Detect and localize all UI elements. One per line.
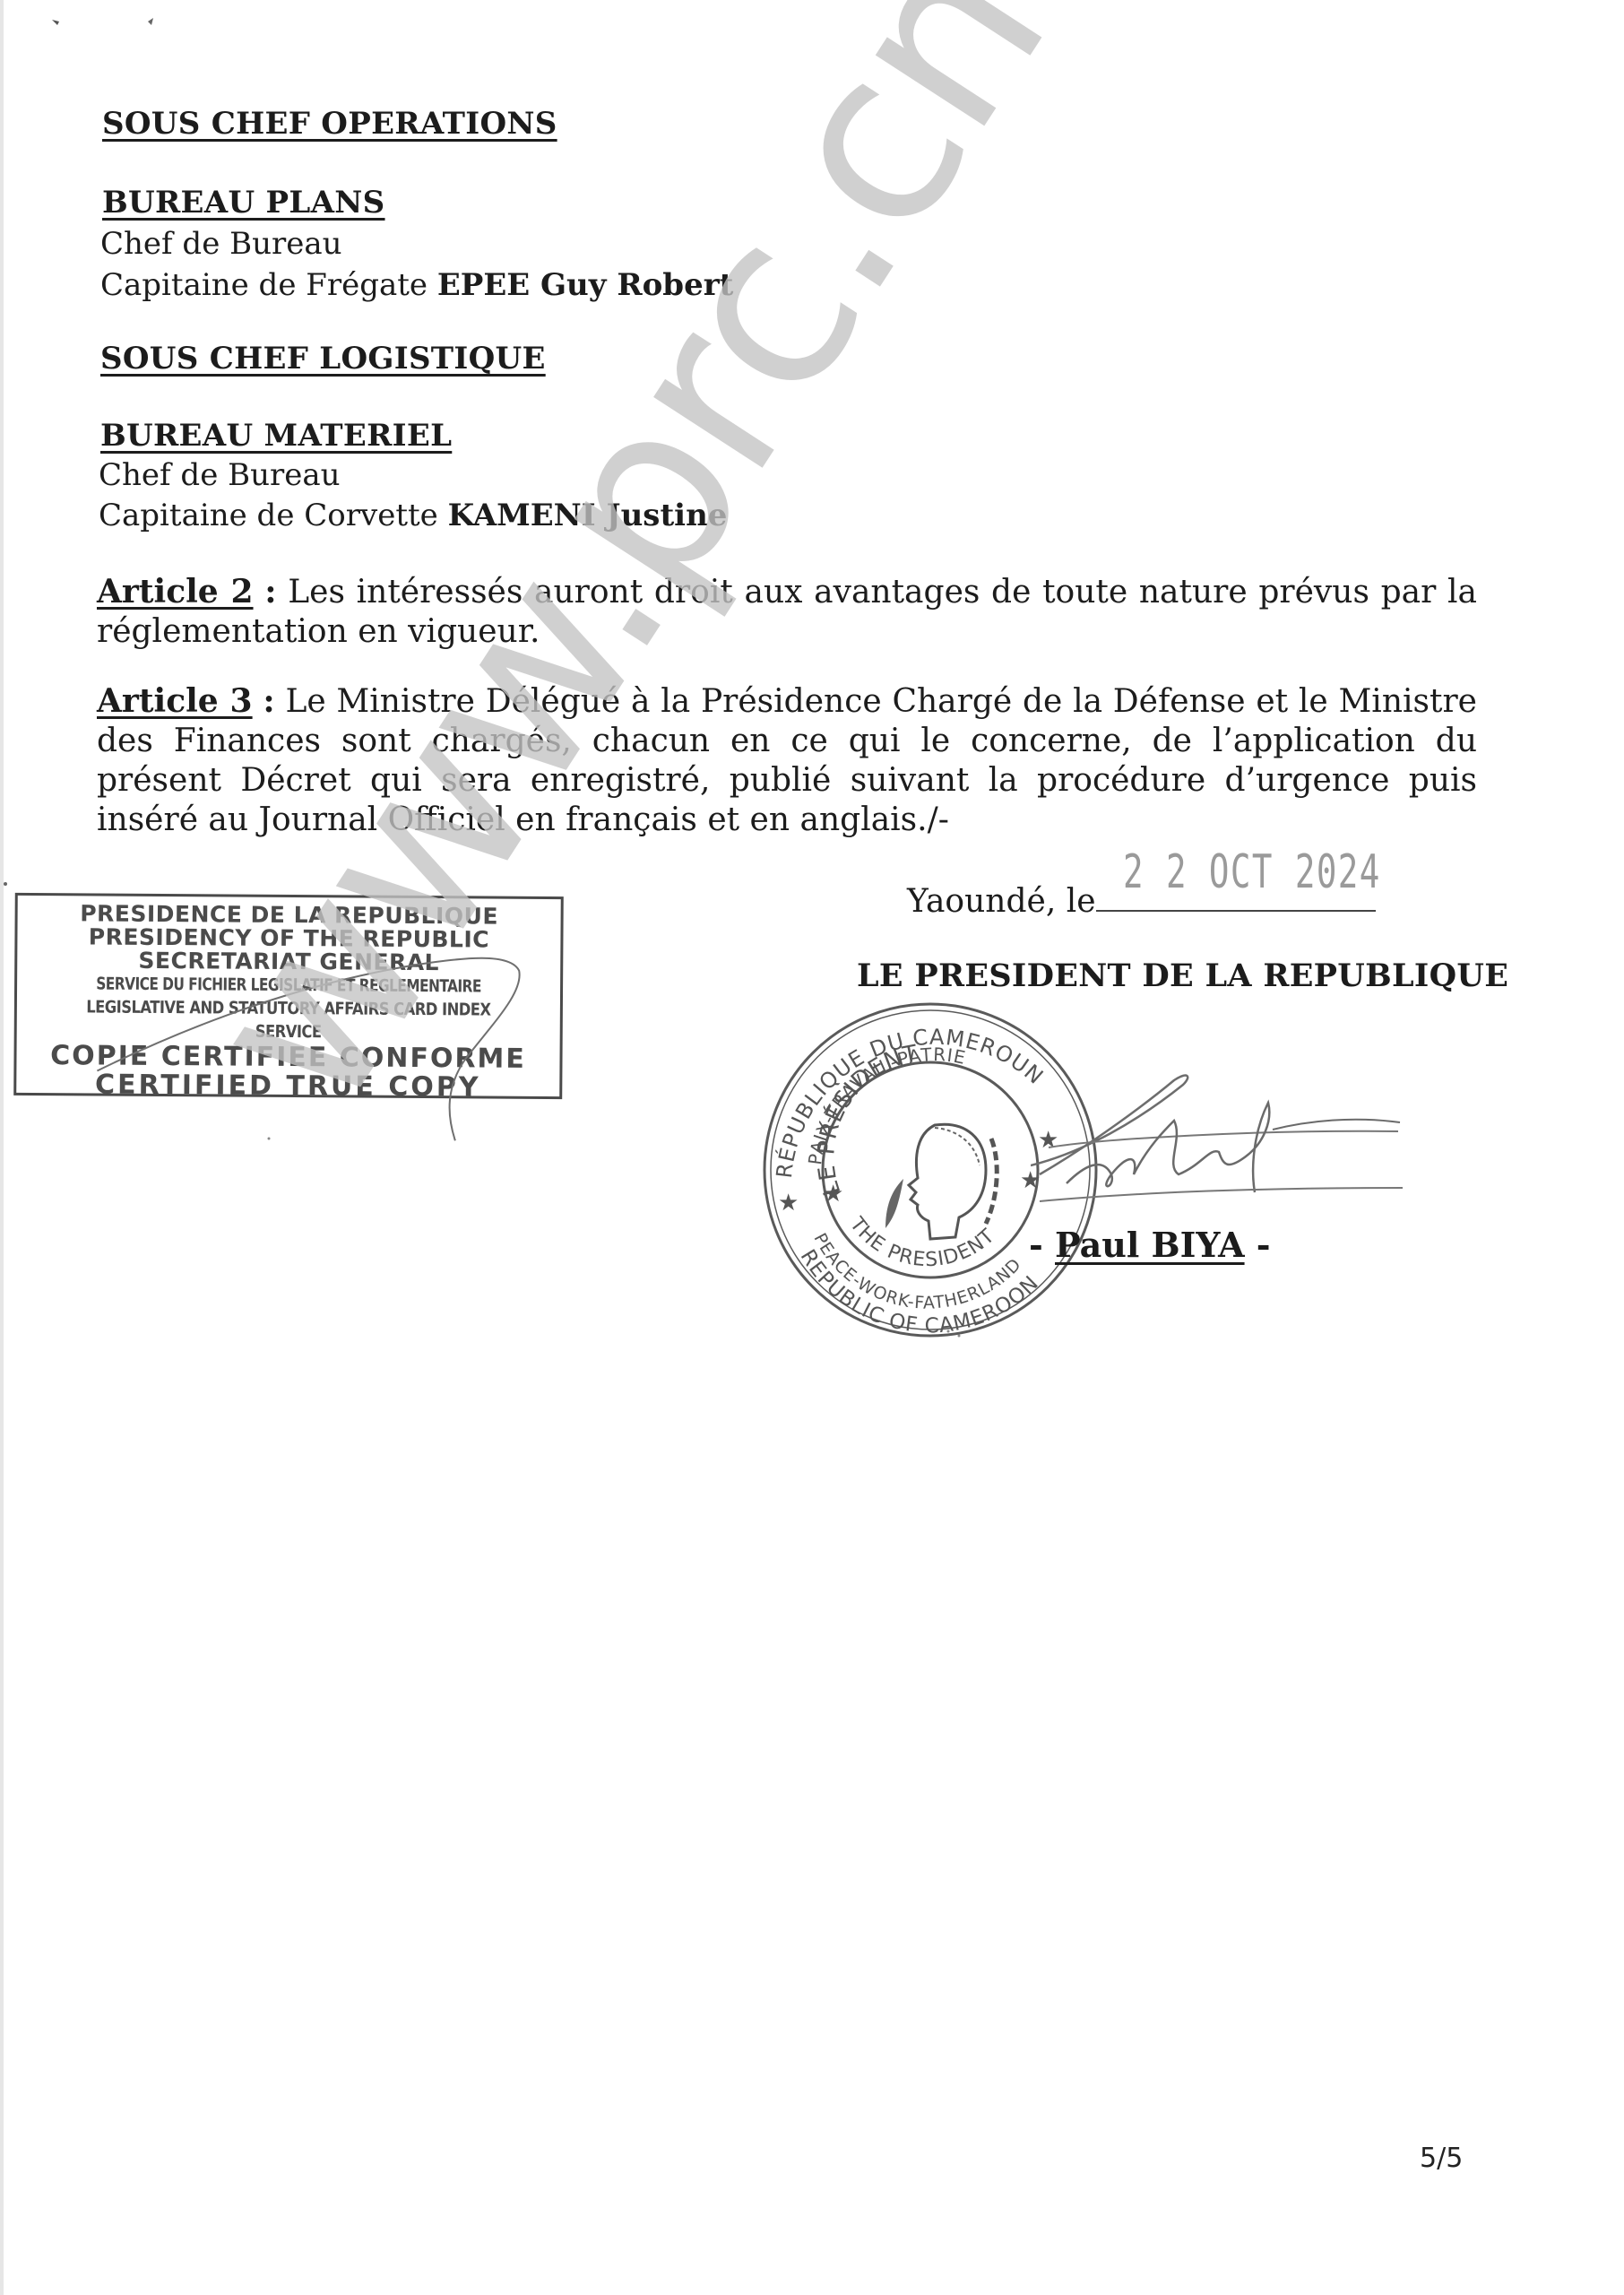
date-field: 2 2 OCT 2024 — [1096, 883, 1376, 912]
appointee-name: EPEE Guy Robert — [437, 267, 733, 303]
article-2: Article 2 : Les intéressés auront droit … — [97, 572, 1477, 652]
section-heading-bureau-plans: BUREAU PLANS — [102, 185, 385, 221]
section-heading-sous-chef-operations: SOUS CHEF OPERATIONS — [102, 106, 557, 142]
svg-text:THE PRESIDENT: THE PRESIDENT — [844, 1213, 999, 1271]
article-label: Article 2 — [97, 573, 254, 611]
bureau-plans-appointee: Capitaine de Frégate EPEE Guy Robert — [100, 265, 733, 305]
bureau-materiel-appointee: Capitaine de Corvette KAMENI Justine — [99, 496, 727, 535]
signer: - Paul BIYA - — [1029, 1225, 1271, 1265]
appointee-name: KAMENI Justine — [448, 498, 728, 533]
certified-copy-stamp: PRESIDENCE DE LA REPUBLIQUE PRESIDENCY O… — [13, 893, 564, 1099]
page-number: 5/5 — [1420, 2143, 1463, 2174]
date-stamp: 2 2 OCT 2024 — [1123, 845, 1381, 899]
article-colon: : — [263, 682, 274, 720]
section-heading-sous-chef-logistique: SOUS CHEF LOGISTIQUE — [100, 341, 546, 377]
signer-name: Paul BIYA — [1055, 1225, 1245, 1265]
bureau-plans-role: Chef de Bureau — [100, 224, 342, 264]
signer-prefix: - — [1029, 1225, 1043, 1265]
appointee-rank: Capitaine de Frégate — [100, 267, 428, 303]
signer-suffix: - — [1257, 1225, 1271, 1265]
article-label: Article 3 — [97, 682, 253, 720]
svg-text:★: ★ — [778, 1190, 799, 1217]
seal-inner-bottom: THE PRESIDENT — [844, 1213, 999, 1271]
appointee-rank: Capitaine de Corvette — [99, 498, 438, 533]
place-date-line: Yaoundé, le2 2 OCT 2024 — [907, 883, 1376, 920]
bureau-materiel-role: Chef de Bureau — [99, 455, 341, 495]
section-heading-bureau-materiel: BUREAU MATERIEL — [100, 418, 452, 454]
article-text: Les intéressés auront droit aux avantage… — [97, 574, 1477, 650]
place-label: Yaoundé, le — [907, 883, 1096, 920]
signature-icon — [1031, 1067, 1407, 1219]
stamp-initial-scribble-icon — [70, 922, 574, 1150]
svg-text:★: ★ — [823, 1181, 843, 1208]
article-colon: : — [264, 573, 276, 611]
article-text: Le Ministre Délégué à la Présidence Char… — [97, 683, 1477, 838]
article-3: Article 3 : Le Ministre Délégué à la Pré… — [97, 681, 1477, 840]
